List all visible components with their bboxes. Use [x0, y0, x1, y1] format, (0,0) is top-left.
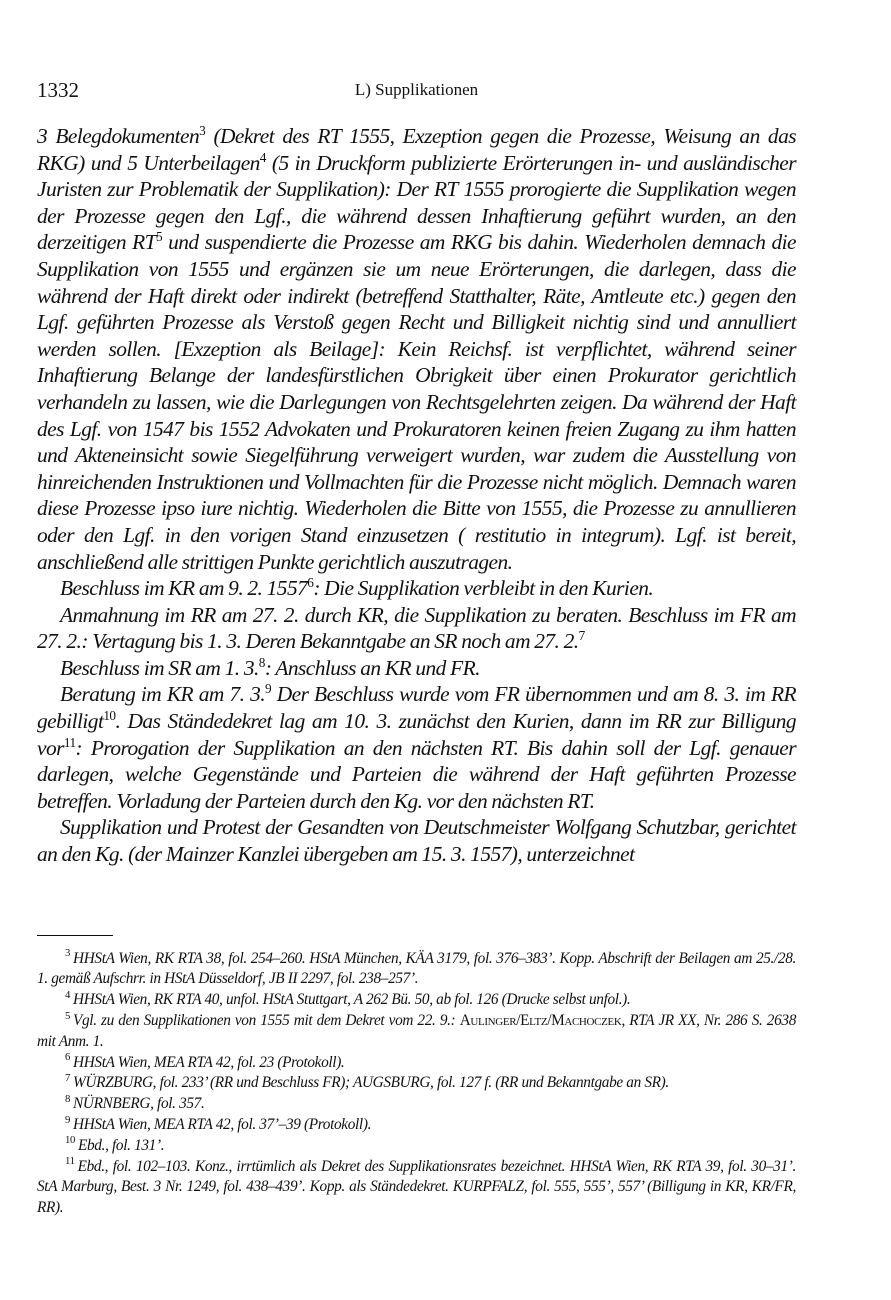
footnote-6: 6HHStA Wien, MEA RTA 42, fol. 23 (Protok…: [37, 1053, 796, 1074]
footnote-3: 3HHStA Wien, RK RTA 38, fol. 254–260. HS…: [37, 949, 796, 991]
paragraph-3: Anmahnung im RR am 27. 2. durch KR, die …: [37, 602, 796, 655]
footnote-4: 4HHStA Wien, RK RTA 40, unfol. HStA Stut…: [37, 990, 796, 1011]
paragraph-5: Beratung im KR am 7. 3.9 Der Beschluss w…: [37, 681, 796, 814]
paragraph-4: Beschluss im SR am 1. 3.8: Anschluss an …: [37, 655, 796, 682]
paragraph-6: Supplikation und Protest der Gesandten v…: [37, 814, 796, 867]
footnote-10: 10Ebd., fol. 131’.: [37, 1136, 796, 1157]
footnotes: 3HHStA Wien, RK RTA 38, fol. 254–260. HS…: [37, 949, 796, 1219]
footnote-divider: [37, 935, 113, 936]
page-header: 1332 L) Supplikationen: [37, 78, 796, 108]
footnote-ref[interactable]: 7: [579, 628, 585, 643]
footnote-ref[interactable]: 11: [64, 735, 76, 750]
paragraph-2: Beschluss im KR am 9. 2. 15576: Die Supp…: [37, 575, 796, 602]
footnote-11: 11Ebd., fol. 102–103. Konz., irrtümlich …: [37, 1157, 796, 1219]
document-page: 1332 L) Supplikationen 3 Belegdokumenten…: [37, 78, 796, 1219]
paragraph-1: 3 Belegdokumenten3 (Dekret des RT 1555, …: [37, 123, 796, 575]
footnote-ref[interactable]: 10: [103, 708, 115, 723]
footnote-7: 7WÜRZBURG, fol. 233’ (RR und Beschluss F…: [37, 1073, 796, 1094]
author-names: Aulinger/Eltz/Machoczek: [460, 1012, 622, 1029]
running-title: L) Supplikationen: [37, 80, 796, 100]
footnote-5: 5Vgl. zu den Supplikationen von 1555 mit…: [37, 1011, 796, 1053]
main-text: 3 Belegdokumenten3 (Dekret des RT 1555, …: [37, 123, 796, 868]
footnote-9: 9HHStA Wien, MEA RTA 42, fol. 37’–39 (Pr…: [37, 1115, 796, 1136]
footnote-8: 8NÜRNBERG, fol. 357.: [37, 1094, 796, 1115]
